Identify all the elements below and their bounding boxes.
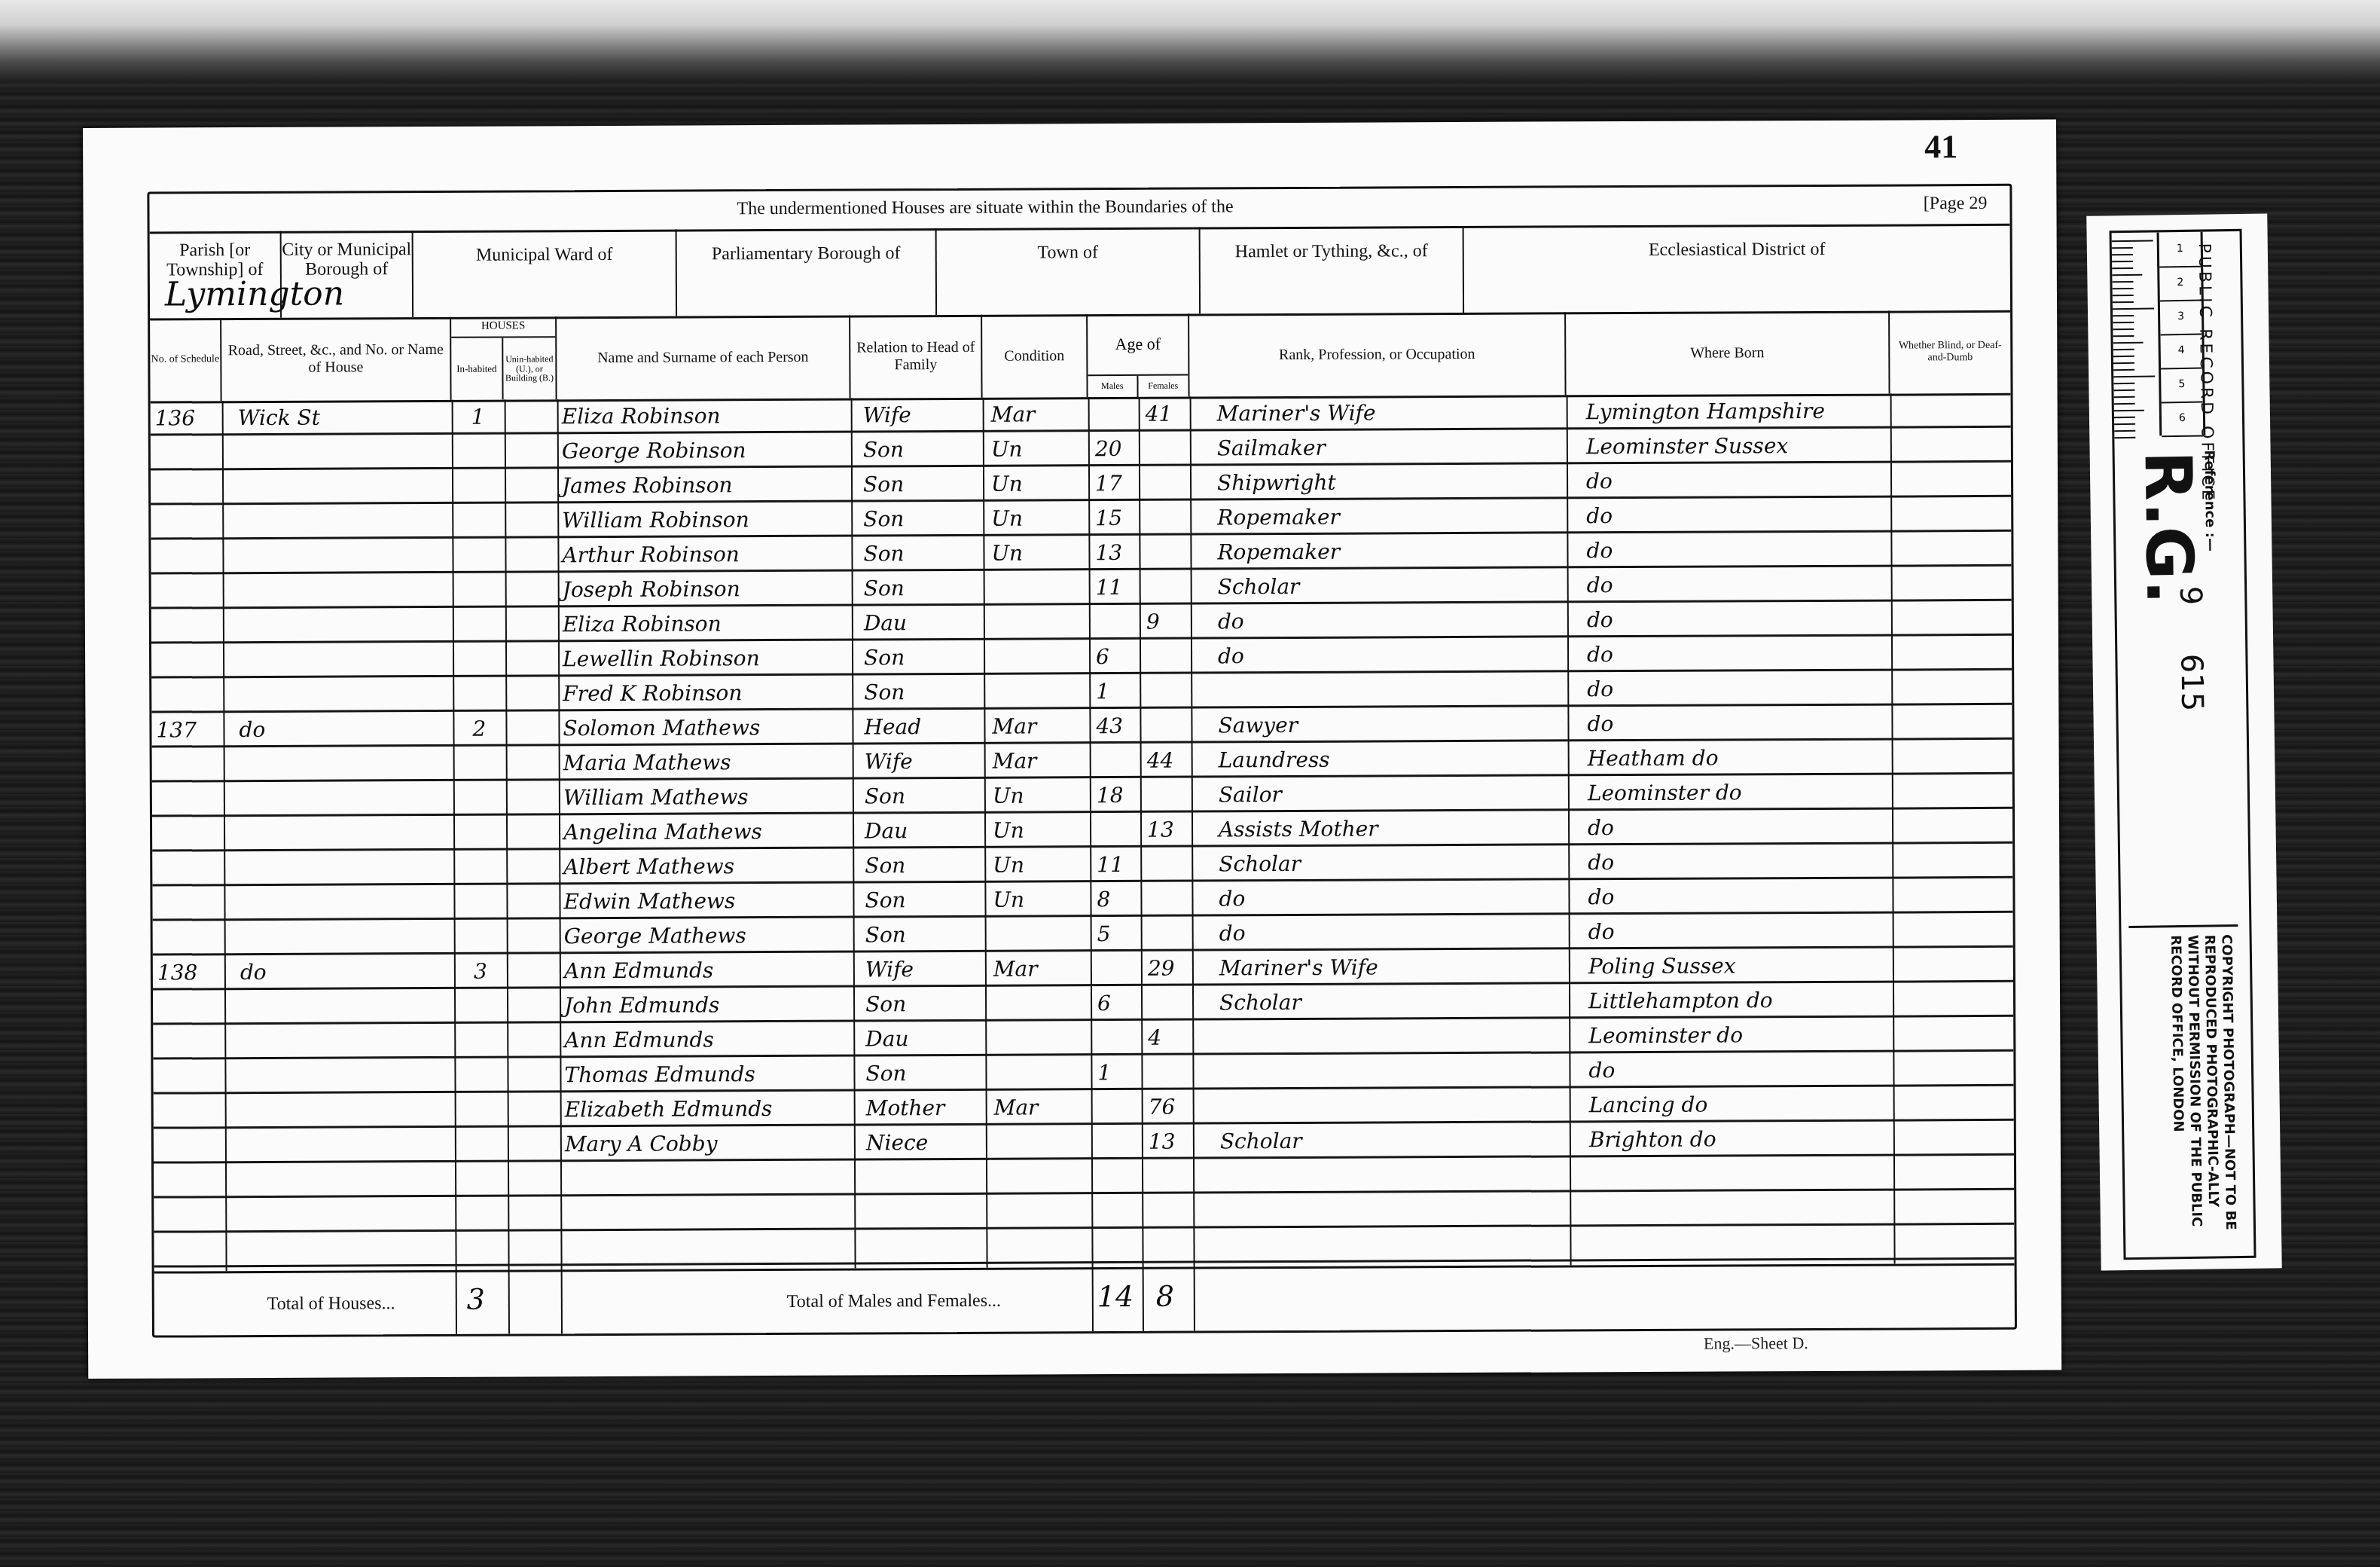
cell-female-age: 29 [1143, 952, 1192, 986]
cell-condition: Mar [990, 1090, 1091, 1126]
cell-born: Brighton do [1585, 1122, 1893, 1158]
cell-male-age: 17 [1091, 466, 1139, 501]
cell-relation: Son [859, 432, 983, 468]
ruler-tick [2112, 240, 2153, 243]
cell-female-age: 41 [1141, 397, 1189, 432]
cell-road [235, 747, 453, 782]
col-uninhabited: Unin-habited (U.), or Building (B.) [503, 338, 555, 399]
cell-male-age: 18 [1092, 778, 1140, 813]
col-occupation: Rank, Profession, or Occupation [1189, 312, 1566, 396]
ruler-tick [2114, 417, 2135, 418]
cell-occupation: do [1213, 637, 1567, 674]
col-relation: Relation to Head of Family [850, 315, 982, 399]
cell-inhabited [470, 1162, 508, 1197]
cell-female-age: 13 [1143, 813, 1191, 848]
cell-born: do [1582, 567, 1891, 603]
cell-relation: Wife [861, 952, 985, 988]
cell-road [235, 851, 453, 886]
cell-female-age [1143, 917, 1192, 952]
cell-male-age [1093, 1021, 1141, 1055]
cell-occupation [1216, 1157, 1570, 1193]
cell-occupation [1215, 1053, 1569, 1089]
ruler-tick [2112, 281, 2133, 283]
cell-condition: Un [987, 432, 1088, 467]
cell-inhabited [468, 885, 506, 920]
cell-male-age: 6 [1093, 986, 1141, 1021]
cell-inhabited [467, 504, 505, 539]
division-label: Parliamentary Borough of [712, 243, 901, 264]
cell-born: Poling Sussex [1584, 948, 1893, 985]
cell-female-age: 4 [1143, 1021, 1192, 1055]
cell-road [233, 435, 452, 470]
cell-condition [987, 605, 1089, 640]
cell-female-age [1143, 778, 1191, 813]
cell-relation: Son [861, 1056, 985, 1092]
cell-male-age: 1 [1091, 674, 1140, 709]
cell-name: Elizabeth Edmunds [560, 1092, 854, 1128]
cell-condition: Mar [988, 744, 1090, 779]
cell-occupation: Mariner's Wife [1215, 949, 1569, 985]
division-parish: Parish [or Township] of Lymington [150, 231, 282, 319]
cell-name: Albert Mathews [559, 849, 853, 885]
ruler-tick [2113, 308, 2154, 310]
cell-occupation [1216, 1192, 1570, 1228]
census-page: 41 The undermentioned Houses are situate… [83, 120, 2061, 1379]
cell-road [235, 816, 453, 851]
cell-born: do [1583, 879, 1892, 915]
cell-inhabited [468, 816, 506, 851]
cell-female-age: 76 [1144, 1090, 1192, 1125]
col-males: Males [1088, 376, 1138, 397]
cell-name: Eliza Robinson [558, 606, 852, 643]
cell-schedule: 136 [151, 401, 222, 435]
cell-male-age: 8 [1092, 882, 1140, 917]
cell-female-age [1141, 501, 1189, 536]
cell-condition [989, 1021, 1091, 1056]
cell-inhabited [470, 1197, 508, 1232]
division-label: Town of [1038, 243, 1098, 262]
cell-occupation: do [1215, 915, 1569, 951]
cell-inhabited [468, 573, 505, 608]
ruler-tick [2113, 328, 2134, 330]
ruler-tick [2114, 423, 2135, 425]
boundaries-title: The undermentioned Houses are situate wi… [737, 197, 1233, 219]
total-males-value: 14 [1097, 1280, 1134, 1313]
cell-female-age [1141, 432, 1189, 466]
cell-female-age [1144, 1194, 1192, 1229]
cell-schedule [151, 574, 223, 609]
cell-condition [987, 640, 1089, 675]
cell-name: Fred K Robinson [558, 676, 852, 712]
cell-name: Angelina Mathews [559, 814, 853, 851]
cell-schedule [153, 1025, 224, 1059]
cell-male-age: 5 [1093, 917, 1141, 952]
cell-born: do [1582, 637, 1891, 673]
cell-relation [862, 1195, 986, 1230]
cell-born: Leominster do [1584, 1018, 1893, 1054]
cell-name: Mary A Cobby [560, 1126, 854, 1162]
cell-schedule [151, 470, 222, 505]
division-label: Hamlet or Tything, &c., of [1235, 241, 1428, 261]
cell-condition [989, 986, 1091, 1022]
cell-schedule [151, 435, 222, 470]
ruler-tick [2112, 247, 2133, 249]
col-houses: HOUSES In-habited Unin-habited (U.), or … [451, 316, 557, 400]
cell-relation: Dau [861, 1022, 985, 1057]
cell-condition [990, 1194, 1091, 1229]
cell-road: Wick St [233, 400, 452, 435]
cell-condition [990, 1125, 1091, 1160]
cell-relation: Son [859, 675, 984, 710]
cell-born: do [1582, 463, 1890, 499]
cell-schedule [151, 505, 222, 539]
cell-born: do [1582, 602, 1891, 638]
cell-female-age [1142, 709, 1190, 744]
ruler-tick [2112, 274, 2142, 276]
ruler-tick [2114, 430, 2135, 432]
cell-road [236, 1093, 455, 1129]
cell-condition: Un [988, 848, 1090, 883]
cell-relation: Wife [860, 744, 984, 780]
cell-relation: Dau [859, 606, 984, 641]
cell-male-age: 11 [1092, 848, 1140, 882]
cell-female-age [1143, 882, 1191, 917]
cell-occupation: Sawyer [1213, 707, 1567, 743]
cell-schedule [153, 1059, 224, 1094]
cell-condition: Mar [987, 397, 1088, 432]
col-condition: Condition [982, 314, 1088, 398]
houses-title: HOUSES [451, 316, 555, 338]
cell-occupation: Mariner's Wife [1213, 395, 1567, 431]
cell-born: do [1584, 1052, 1893, 1089]
cell-name [560, 1161, 854, 1197]
cell-occupation: Ropemaker [1213, 533, 1567, 570]
cell-occupation: Sailor [1214, 776, 1568, 812]
col-age: Age of Males Females [1088, 314, 1189, 398]
cell-inhabited [467, 435, 505, 469]
cell-road [236, 1058, 454, 1094]
cell-road [236, 1232, 455, 1267]
cell-inhabited [467, 539, 505, 573]
cell-inhabited [469, 1024, 507, 1058]
cell-born: do [1583, 845, 1892, 881]
cell-relation: Niece [862, 1126, 986, 1161]
col-blind: Whether Blind, or Deaf-and-Dumb [1890, 310, 2010, 394]
ruler-tick [2113, 375, 2155, 377]
cell-relation: Dau [860, 814, 984, 849]
ruler-tick [2114, 396, 2135, 398]
cell-female-age [1143, 848, 1191, 882]
divisions-row: Parish [or Township] of Lymington City o… [150, 224, 2010, 321]
cell-male-age [1094, 1159, 1142, 1194]
cell-relation [862, 1229, 986, 1265]
cell-name: Arthur Robinson [557, 537, 851, 573]
ruler-tick [2114, 403, 2135, 405]
cell-inhabited [469, 1058, 507, 1093]
cell-male-age: 6 [1091, 640, 1140, 674]
cell-name: James Robinson [557, 468, 851, 504]
col-where-born: Where Born [1566, 311, 1890, 396]
cell-inhabited [467, 469, 505, 504]
cell-born: Leominster do [1583, 775, 1892, 811]
cell-relation: Head [859, 710, 984, 745]
cell-schedule [152, 817, 224, 851]
cell-condition: Un [987, 501, 1088, 536]
cell-road: do [236, 955, 454, 990]
cell-born: Lancing do [1585, 1087, 1893, 1123]
total-females-value: 8 [1156, 1280, 1174, 1313]
cell-name: Ann Edmunds [560, 953, 853, 989]
cell-occupation: Shipwright [1213, 464, 1567, 500]
cell-inhabited: 3 [469, 955, 507, 989]
cell-inhabited [468, 677, 505, 712]
cell-road [236, 1197, 455, 1233]
cell-male-age: 13 [1091, 536, 1139, 570]
cell-name: Joseph Robinson [558, 572, 852, 608]
cell-occupation [1216, 1226, 1570, 1263]
division-ward: Municipal Ward of [413, 230, 677, 318]
cell-occupation: Scholar [1214, 845, 1568, 881]
cell-female-age [1142, 570, 1190, 605]
ruler-tick [2113, 349, 2134, 350]
cell-schedule [152, 747, 224, 782]
cell-born: do [1582, 533, 1890, 569]
cell-relation: Son [861, 987, 985, 1022]
cell-born: Leominster Sussex [1582, 429, 1890, 465]
cell-male-age: 20 [1091, 432, 1139, 466]
division-city: City or Municipal Borough of [282, 231, 414, 318]
cell-occupation: Scholar [1215, 984, 1569, 1020]
ruler-tick [2113, 315, 2134, 316]
cell-condition: Mar [987, 709, 1089, 744]
cell-male-age [1094, 1229, 1142, 1263]
cell-relation: Wife [859, 398, 983, 433]
cell-name: Ann Edmunds [560, 1022, 853, 1058]
cell-relation: Son [860, 779, 984, 814]
col-females: Females [1138, 376, 1188, 397]
cell-schedule [151, 643, 223, 678]
cell-road [234, 643, 453, 678]
cell-male-age [1093, 952, 1141, 986]
cell-road [233, 504, 452, 539]
cell-born: do [1582, 706, 1891, 742]
cell-female-age [1143, 986, 1192, 1021]
cell-male-age [1094, 1125, 1142, 1159]
cell-relation: Son [860, 883, 984, 918]
division-town: Town of [937, 228, 1201, 316]
cell-condition: Un [988, 778, 1090, 814]
cell-male-age: 1 [1093, 1055, 1141, 1090]
cell-condition [987, 674, 1089, 710]
cell-schedule [151, 539, 222, 574]
sheet-label: Eng.—Sheet D. [1704, 1333, 1808, 1354]
reference-piece: 615 [2174, 654, 2209, 712]
cell-road [233, 469, 452, 505]
cell-female-age: 44 [1143, 744, 1191, 778]
ruler-tick [2113, 362, 2134, 364]
reference-series: R.G. [2130, 451, 2208, 605]
division-label: Municipal Ward of [476, 245, 613, 265]
cell-female-age: 9 [1142, 605, 1190, 640]
cell-inhabited: 2 [468, 712, 505, 747]
cell-road [235, 885, 453, 921]
cell-condition: Un [987, 466, 1088, 502]
ruler-tick [2113, 322, 2134, 323]
cell-occupation: Laundress [1214, 741, 1568, 777]
cell-occupation: Assists Mother [1214, 811, 1568, 847]
totals-row: Total of Houses... 3 Total of Males and … [154, 1263, 2015, 1338]
cell-relation: Son [859, 640, 984, 676]
cell-road [236, 989, 454, 1025]
cell-name [560, 1230, 854, 1266]
copyright-notice: COPYRIGHT PHOTOGRAPH—NOT TO BE REPRODUCE… [2137, 934, 2239, 1237]
reference-class: 9 [2173, 586, 2208, 606]
cell-condition [989, 1055, 1091, 1091]
cell-road [234, 573, 453, 609]
cell-schedule [152, 886, 224, 921]
cell-female-age: 13 [1144, 1125, 1192, 1159]
cell-inhabited [468, 747, 506, 781]
cell-relation [862, 1160, 986, 1196]
table-row [154, 1225, 2014, 1268]
cell-born: do [1583, 810, 1892, 846]
division-label: Ecclesiastical District of [1649, 240, 1826, 260]
cell-schedule [151, 609, 223, 643]
ruler-tick [2112, 261, 2133, 262]
cell-occupation: Scholar [1216, 1123, 1570, 1159]
cell-inhabited [470, 1093, 508, 1128]
cell-born: do [1582, 498, 1890, 534]
cell-schedule [153, 921, 224, 955]
cell-female-age [1144, 1229, 1192, 1263]
cell-name: Edwin Mathews [559, 884, 853, 920]
cell-relation: Son [859, 536, 983, 572]
column-headers: No. of Schedule Road, Street, &c., and N… [150, 310, 2010, 404]
cell-schedule [154, 1163, 225, 1198]
cell-female-age [1142, 674, 1190, 709]
cell-condition: Un [988, 813, 1090, 848]
cell-born [1585, 1226, 1893, 1262]
copyright-box: COPYRIGHT PHOTOGRAPH—NOT TO BE REPRODUCE… [2128, 924, 2242, 1245]
total-houses-value: 3 [467, 1283, 485, 1316]
public-record-office-label: 123456 PUBLIC RECORD OFFICE Reference :—… [2086, 213, 2282, 1270]
ruler-tick [2113, 383, 2134, 384]
cell-road: do [234, 712, 453, 747]
cell-relation: Mother [862, 1091, 986, 1126]
cell-condition [990, 1229, 1091, 1264]
cell-inhabited [469, 920, 507, 955]
ruler-tick [2113, 288, 2134, 289]
cell-road [236, 1162, 455, 1198]
col-schedule: No. of Schedule [150, 318, 221, 401]
division-label: City or Municipal Borough of [282, 240, 411, 279]
ruler-tick [2113, 356, 2134, 357]
cell-name: William Mathews [559, 780, 853, 816]
ruler-tick [2113, 389, 2134, 391]
cell-male-age [1092, 744, 1140, 778]
col-road: Road, Street, &c., and No. or Name of Ho… [221, 317, 451, 401]
cell-name [560, 1196, 854, 1232]
cell-relation: Son [859, 571, 984, 606]
cell-schedule [154, 1094, 225, 1129]
cell-born: Heatham do [1583, 741, 1892, 777]
ruler-tick [2113, 295, 2134, 296]
cell-name: Maria Mathews [559, 745, 853, 781]
ruler-tick [2112, 254, 2133, 255]
age-title: Age of [1088, 314, 1188, 377]
ruler-tick [2113, 369, 2134, 371]
cell-born: do [1582, 671, 1891, 707]
cell-road [236, 920, 454, 955]
cell-condition [989, 917, 1091, 952]
cell-relation: Son [860, 848, 984, 884]
cell-condition [987, 570, 1089, 606]
cell-inhabited [468, 781, 506, 816]
cell-male-age [1094, 1090, 1142, 1125]
label-frame: 123456 PUBLIC RECORD OFFICE Reference :—… [2110, 229, 2256, 1260]
cell-relation: Son [859, 502, 983, 537]
col-name: Name and Surname of each Person [557, 316, 850, 400]
cell-road [233, 539, 452, 574]
cell-relation: Son [859, 467, 983, 502]
cell-born [1585, 1156, 1893, 1193]
cell-condition [990, 1159, 1091, 1195]
ruler-tick [2113, 335, 2134, 337]
cell-female-age [1142, 640, 1190, 674]
cell-name: John Edmunds [560, 988, 853, 1024]
cell-name: Thomas Edmunds [560, 1057, 853, 1093]
cell-male-age: 11 [1091, 570, 1140, 605]
cell-inhabited [468, 608, 505, 643]
cell-born: Lymington Hampshire [1582, 394, 1890, 430]
cell-male-age: 15 [1091, 501, 1139, 536]
cell-name: George Robinson [557, 433, 851, 469]
cell-occupation: Scholar [1213, 568, 1567, 604]
cell-female-age [1144, 1159, 1192, 1194]
ruler-tick [2114, 410, 2144, 412]
cell-condition: Mar [989, 952, 1091, 987]
cell-schedule [154, 1233, 225, 1267]
ruler-tick [2113, 301, 2134, 303]
cell-schedule [154, 1129, 225, 1163]
cell-male-age: 43 [1091, 709, 1140, 744]
cell-inhabited: 1 [467, 400, 505, 435]
cell-born: Littlehampton do [1584, 983, 1893, 1019]
division-label: Parish [or Township] of [166, 240, 263, 280]
cell-road [236, 1128, 455, 1163]
cell-male-age [1091, 397, 1139, 432]
cell-schedule [153, 990, 224, 1025]
cell-born [1585, 1191, 1893, 1227]
census-form: The undermentioned Houses are situate wi… [147, 184, 2017, 1338]
cell-inhabited [470, 1128, 508, 1162]
cell-name: Solomon Mathews [558, 710, 852, 747]
cell-occupation: do [1213, 603, 1567, 639]
cell-schedule [152, 782, 224, 817]
ruler-tick [2113, 342, 2144, 344]
col-inhabited: In-habited [451, 338, 503, 400]
cell-occupation [1216, 1088, 1570, 1124]
division-hamlet: Hamlet or Tything, &c., of [1201, 226, 1464, 314]
top-edge-glare [0, 0, 2380, 83]
cell-road [234, 608, 453, 643]
cell-occupation: Ropemaker [1213, 499, 1567, 535]
ruler-tick [2112, 267, 2133, 269]
division-parliamentary: Parliamentary Borough of [677, 228, 937, 316]
cell-condition: Un [987, 536, 1088, 571]
cell-name: Lewellin Robinson [558, 641, 852, 677]
scale-ruler [2112, 232, 2160, 436]
